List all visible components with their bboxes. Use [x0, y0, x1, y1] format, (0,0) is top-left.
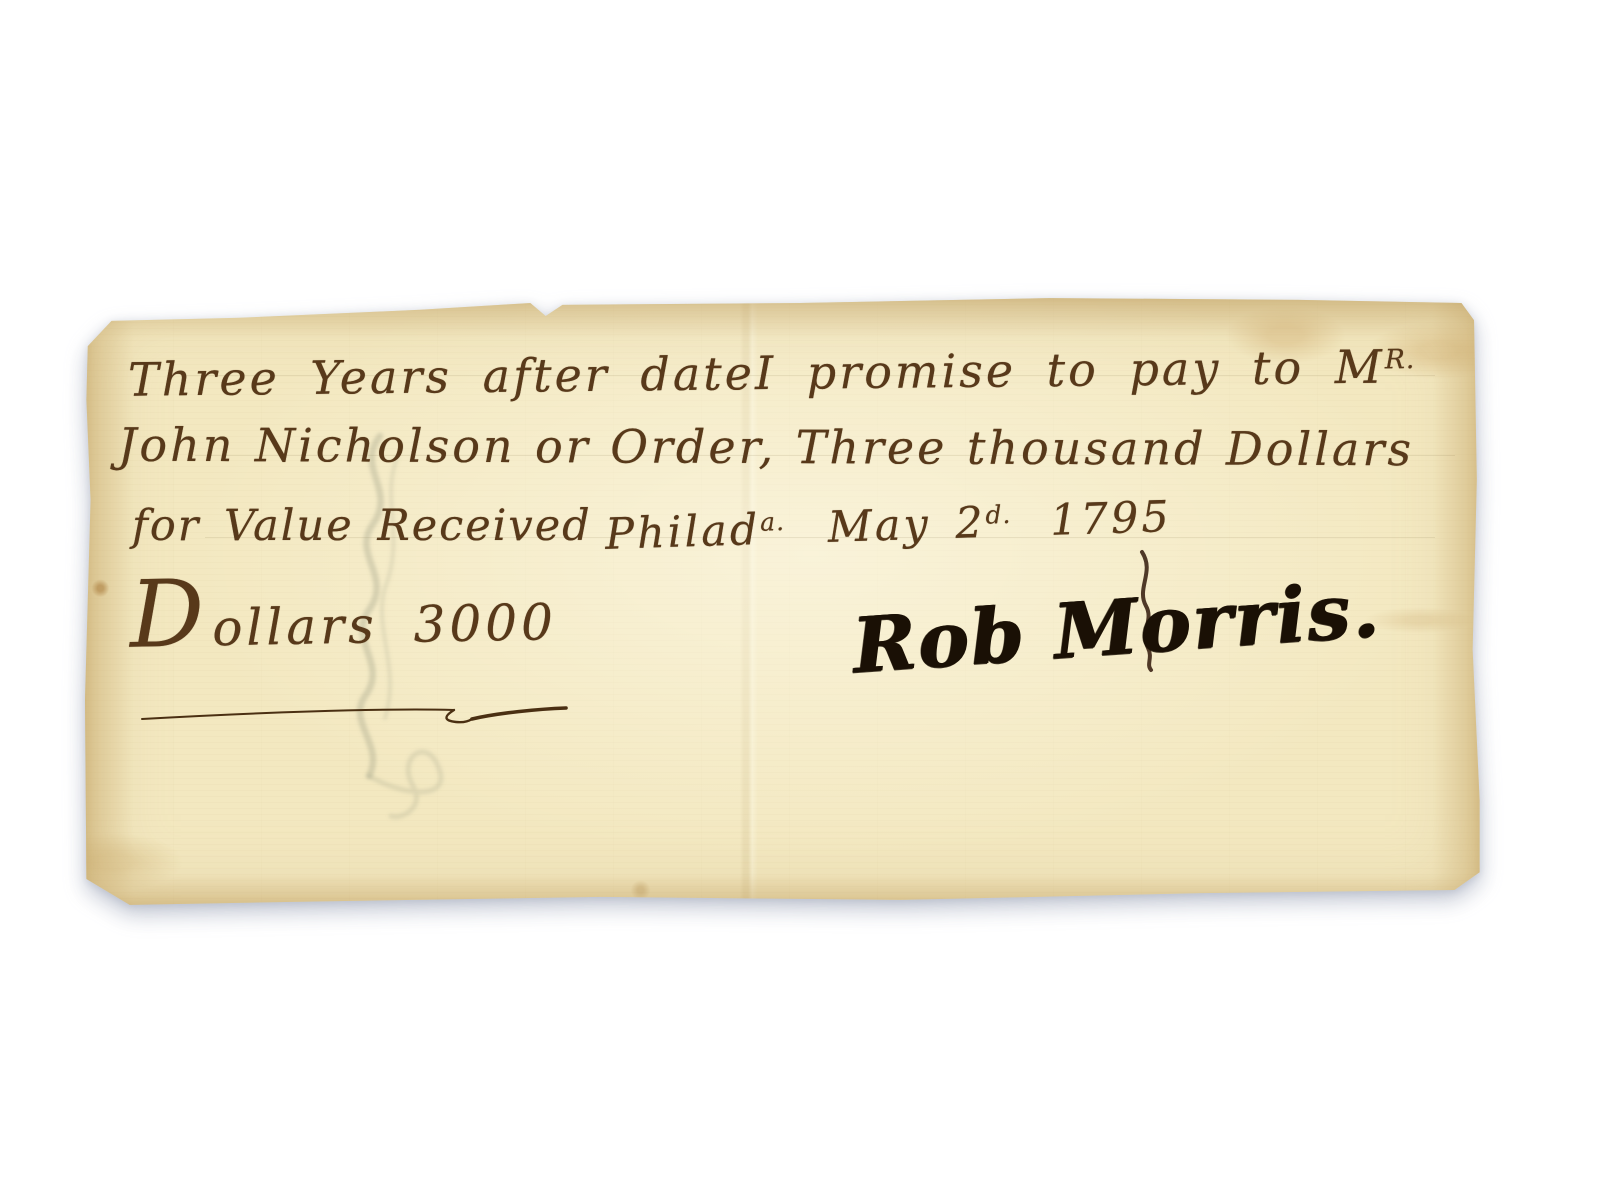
amount-line: Dollars 3000	[129, 582, 557, 659]
line1-right-text: I promise to pay to M	[755, 340, 1385, 401]
note-line-3: for Value Received Philada. May 2d. 1795	[132, 501, 1172, 551]
scratch-mark	[1237, 1095, 1302, 1178]
note-line-2: John Nicholson or Order, Three thousand …	[118, 418, 1414, 477]
date-superscript: d.	[985, 500, 1012, 530]
date-text: May 2	[827, 498, 986, 553]
place-text: Philad	[605, 505, 762, 560]
line1-left-text: Three Years after date	[128, 346, 755, 407]
place-superscript: a.	[760, 507, 786, 537]
place-date-group: Philada. May 2d. 1795	[605, 492, 1173, 560]
year-text: 1795	[1050, 492, 1173, 546]
value-received-text: for Value Received	[132, 501, 592, 551]
line1-right-group: I promise to pay to MR.	[755, 339, 1416, 400]
photo-stage: Three Years after date I promise to pay …	[0, 0, 1600, 1200]
line1-superscript: R.	[1385, 344, 1416, 375]
